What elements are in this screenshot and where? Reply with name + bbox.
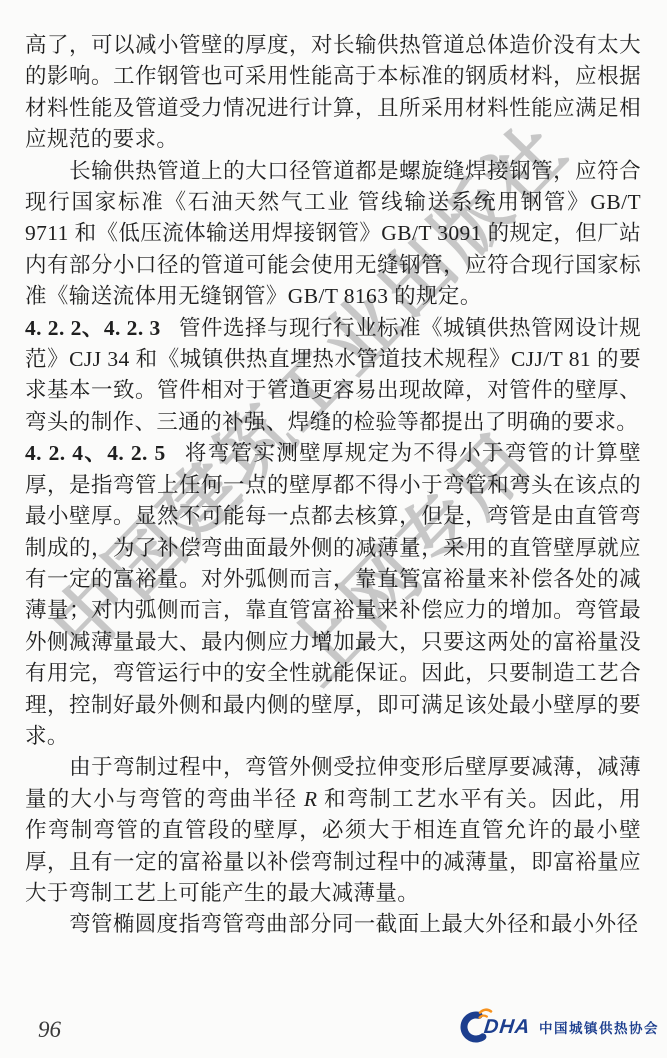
text-segment: 将弯管实测壁厚规定为不得小于弯管的计算壁厚，是指弯管上任何一点的壁厚都不得小于弯…	[25, 441, 641, 748]
text-segment: 弯管椭圆度指弯管弯曲部分同一截面上最大外径和最小外径	[69, 912, 638, 936]
text-segment: 高了，可以减小管壁的厚度，对长输供热管道总体造价没有太大的影响。工作钢管也可采用…	[25, 33, 641, 151]
section-number: 4. 2. 2、4. 2. 3	[25, 316, 161, 340]
section-paragraph: 4. 2. 4、4. 2. 5将弯管实测壁厚规定为不得小于弯管的计算壁厚，是指弯…	[25, 438, 641, 752]
logo-org-name: 中国城镇供热协会	[539, 1017, 659, 1037]
document-page: 中国建筑工业出版社 上网专用 高了，可以减小管壁的厚度，对长输供热管道总体造价没…	[0, 0, 667, 1058]
document-body: 高了，可以减小管壁的厚度，对长输供热管道总体造价没有太大的影响。工作钢管也可采用…	[25, 30, 641, 941]
page-number: 96	[38, 1017, 61, 1043]
section-number: 4. 2. 4、4. 2. 5	[25, 441, 166, 465]
paragraph: 长输供热管道上的大口径管道都是螺旋缝焊接钢管，应符合现行国家标准《石油天然气工业…	[25, 156, 641, 313]
paragraph: 弯管椭圆度指弯管弯曲部分同一截面上最大外径和最小外径	[25, 909, 641, 940]
page-footer: 96 DHA 中国城镇供热协会	[0, 1006, 667, 1058]
variable-symbol: R	[304, 787, 318, 811]
section-paragraph: 4. 2. 2、4. 2. 3管件选择与现行行业标准《城镇供热管网设计规范》CJ…	[25, 313, 641, 439]
text-segment: 长输供热管道上的大口径管道都是螺旋缝焊接钢管，应符合现行国家标准《石油天然气工业…	[25, 159, 641, 309]
logo-abbr-text: DHA	[482, 1016, 531, 1039]
paragraph: 高了，可以减小管壁的厚度，对长输供热管道总体造价没有太大的影响。工作钢管也可采用…	[25, 30, 641, 156]
paragraph: 由于弯制过程中，弯管外侧受拉伸变形后壁厚要减薄，减薄量的大小与弯管的弯曲半径 R…	[25, 752, 641, 909]
association-logo: DHA 中国城镇供热协会	[456, 1007, 659, 1047]
